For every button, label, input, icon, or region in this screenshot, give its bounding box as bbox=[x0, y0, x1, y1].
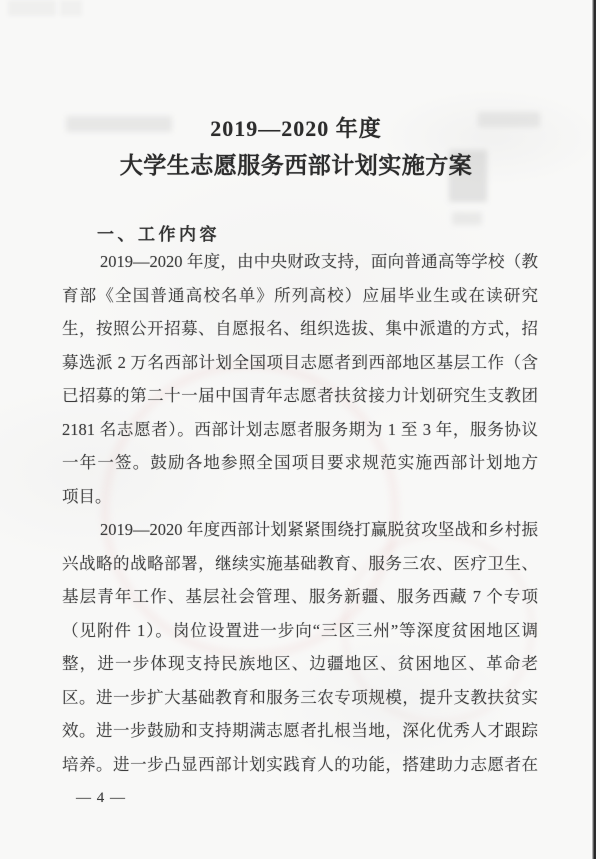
body-text-line: 基层青年工作、基层社会管理、服务新疆、服务西藏 7 个专项 bbox=[62, 580, 538, 614]
scan-artifact bbox=[8, 0, 56, 16]
body-text-line: 兴战略的战略部署，继续实施基础教育、服务三农、医疗卫生、 bbox=[62, 547, 538, 581]
body-text-line: 一年一签。鼓励各地参照全国项目要求规范实施西部计划地方 bbox=[62, 446, 538, 480]
body-text-line: 育部《全国普通高校名单》所列高校）应届毕业生或在读研究 bbox=[62, 279, 538, 313]
document-title-main: 大学生志愿服务西部计划实施方案 bbox=[0, 147, 592, 180]
body-text-line: 效。进一步鼓励和支持期满志愿者扎根当地，深化优秀人才跟踪 bbox=[62, 714, 538, 748]
body-text-line: 培养。进一步凸显西部计划实践育人的功能，搭建助力志愿者在 bbox=[62, 748, 538, 782]
body-text-line: 整，进一步体现支持民族地区、边疆地区、贫困地区、革命老 bbox=[62, 647, 538, 681]
body-text-line: （见附件 1）。岗位设置进一步向“三区三州”等深度贫困地区调 bbox=[62, 614, 538, 648]
scan-edge-line bbox=[592, 0, 596, 859]
body-text-line: 区。进一步扩大基础教育和服务三农专项规模，提升支教扶贫实 bbox=[62, 681, 538, 715]
body-text-line: 2019—2020 年度西部计划紧紧围绕打赢脱贫攻坚战和乡村振 bbox=[62, 513, 538, 547]
document-body: 2019—2020 年度，由中央财政支持，面向普通高等学校（教 育部《全国普通高… bbox=[62, 245, 538, 781]
ink-bleed-artifact bbox=[452, 212, 482, 225]
body-text-line: 2181 名志愿者）。西部计划志愿者服务期为 1 至 3 年，服务协议 bbox=[62, 413, 538, 447]
scanned-document-page: 2019—2020 年度 大学生志愿服务西部计划实施方案 一、工作内容 2019… bbox=[0, 0, 600, 859]
document-title-year: 2019—2020 年度 bbox=[0, 112, 592, 143]
page-number: — 4 — bbox=[76, 790, 126, 807]
body-text-line: 募选派 2 万名西部计划全国项目志愿者到西部地区基层工作（含 bbox=[62, 346, 538, 380]
body-text-line: 2019—2020 年度，由中央财政支持，面向普通高等学校（教 bbox=[62, 245, 538, 279]
body-text-line: 已招募的第二十一届中国青年志愿者扶贫接力计划研究生支教团 bbox=[62, 379, 538, 413]
body-text-line: 项目。 bbox=[62, 480, 538, 514]
scan-artifact bbox=[60, 0, 82, 16]
section-heading: 一、工作内容 bbox=[97, 220, 220, 245]
body-text-line: 生，按照公开招募、自愿报名、组织选拔、集中派遣的方式，招 bbox=[62, 312, 538, 346]
